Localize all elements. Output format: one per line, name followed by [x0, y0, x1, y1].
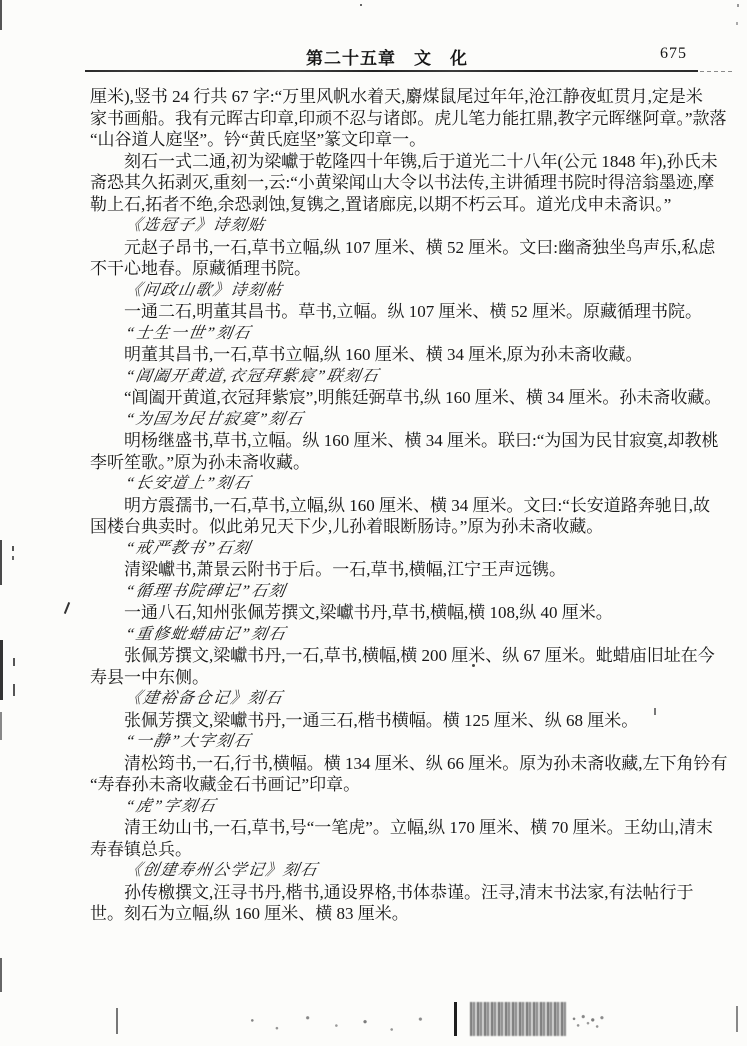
- scan-artifact: [0, 640, 3, 700]
- entry-heading: “长安道上”刻石: [90, 473, 699, 495]
- text-line: 厘米),竖书 24 行共 67 字:“万里风帆水着天,麝煤鼠尾过年年,沧江静夜虹…: [90, 86, 696, 108]
- text-line: 斋恐其久拓剥灭,重刻一,云:“小黄梁闻山大令以书法传,主讲循理书院时得涪翁墨迹,…: [90, 172, 696, 194]
- scan-artifact: [736, 22, 738, 25]
- scan-artifact: [472, 664, 475, 667]
- scan-artifact: [13, 684, 15, 696]
- scan-artifact: [360, 4, 362, 6]
- scan-artifact: [0, 958, 2, 992]
- text-line: 一通八石,知州张佩芳撰文,梁巘书丹,草书,横幅,横 108,纵 40 厘米。: [90, 602, 696, 624]
- entry-heading: 《选冠子》诗刻贴: [90, 215, 699, 237]
- text-line: 世。刻石为立幅,纵 160 厘米、横 83 厘米。: [90, 903, 696, 925]
- text-line: 元赵子昂书,一石,草书立幅,纵 107 厘米、横 52 厘米。文曰:幽斋独坐鸟声…: [90, 237, 696, 259]
- entry-heading: “为国为民甘寂寞”刻石: [90, 409, 699, 431]
- scan-artifact: [0, 540, 2, 585]
- scan-noise-blob: [470, 1002, 566, 1036]
- entry-heading: 《问政山歌》诗刻帖: [90, 280, 699, 302]
- scan-artifact: [737, 4, 739, 7]
- scan-artifact: [64, 602, 70, 614]
- page-number: 675: [660, 45, 687, 63]
- entry-heading: “一静”大字刻石: [90, 731, 699, 753]
- text-line: 孙传檄撰文,汪寻书丹,楷书,通设界格,书体恭谨。汪寻,清末书法家,有法帖行于: [90, 882, 696, 904]
- text-line: 勒上石,拓者不绝,余恐剥蚀,复镌之,置诸廊庑,以期不朽云耳。道光戊申未斋识。”: [90, 194, 696, 216]
- scan-noise-speckles: [572, 1010, 606, 1032]
- scan-artifact: [654, 708, 656, 715]
- page-body-text: 厘米),竖书 24 行共 67 字:“万里风帆水着天,麝煤鼠尾过年年,沧江静夜虹…: [90, 86, 696, 925]
- text-line: 寿春镇总兵。: [90, 839, 696, 861]
- entry-heading: “重修蚍蜡庙记”刻石: [90, 624, 699, 646]
- header-rule-tail: [700, 71, 734, 72]
- text-line: 一通二石,明董其昌书。草书,立幅。纵 107 厘米、横 52 厘米。原藏循理书院…: [90, 301, 696, 323]
- entry-heading: 《建裕备仓记》刻石: [90, 688, 699, 710]
- scan-artifact: [0, 0, 2, 30]
- text-line: 张佩芳撰文,梁巘书丹,一石,草书,横幅,横 200 厘米、纵 67 厘米。蚍蜡庙…: [90, 645, 696, 667]
- text-line: 刻石一式二通,初为梁巘于乾隆四十年镌,后于道光二十八年(公元 1848 年),孙…: [90, 151, 696, 173]
- text-line: 不干心地春。原藏循理书院。: [90, 258, 696, 280]
- scan-artifact: [12, 546, 14, 551]
- text-line: 明方震孺书,一石,草书,立幅,纵 160 厘米、横 34 厘米。文曰:“长安道路…: [90, 495, 696, 517]
- chapter-title: 第二十五章 文 化: [306, 44, 468, 69]
- text-line: 清王幼山书,一石,草书,号“一笔虎”。立幅,纵 170 厘米、横 70 厘米。王…: [90, 817, 696, 839]
- scan-artifact: [12, 556, 14, 560]
- scan-artifact: [736, 1006, 738, 1032]
- text-line: “寿春孙未斋收藏金石书画记”印章。: [90, 774, 696, 796]
- entry-heading: “戒严教书”石刻: [90, 538, 699, 560]
- text-line: 张佩芳撰文,梁巘书丹,一通三石,楷书横幅。横 125 厘米、纵 68 厘米。: [90, 710, 696, 732]
- header-rule: [85, 70, 698, 72]
- text-line: 清松筠书,一石,行书,横幅。横 134 厘米、纵 66 厘米。原为孙未斋收藏,左…: [90, 753, 696, 775]
- entry-heading: “虎”字刻石: [90, 796, 699, 818]
- scan-noise-speckles: [240, 1010, 445, 1036]
- text-line: “山谷道人庭坚”。钤“黄氏庭坚”篆文印章一。: [90, 129, 696, 151]
- scan-artifact: [116, 1008, 118, 1034]
- entry-heading: “循理书院碑记”石刻: [90, 581, 699, 603]
- entry-heading: “阊阖开黄道,衣冠拜紫宸”联刻石: [90, 366, 699, 388]
- text-line: 家书画船。我有元晖古印章,印顽不忍与诸郎。虎儿笔力能扛鼎,教字元晖继阿章。”款落: [90, 108, 696, 130]
- scan-artifact: [0, 712, 2, 740]
- scan-artifact: [454, 1002, 457, 1036]
- text-line: 清梁巘书,萧景云附书于后。一石,草书,横幅,江宁王声远镌。: [90, 559, 696, 581]
- scan-artifact: [13, 658, 15, 666]
- scanned-book-page: 第二十五章 文 化 675 厘米),竖书 24 行共 67 字:“万里风帆水着天…: [0, 0, 747, 1046]
- text-line: 李听笙歌。”原为孙未斋收藏。: [90, 452, 696, 474]
- entry-heading: “士生一世”刻石: [90, 323, 699, 345]
- entry-heading: 《创建寿州公学记》刻石: [90, 860, 699, 882]
- text-line: 明董其昌书,一石,草书立幅,纵 160 厘米、横 34 厘米,原为孙未斋收藏。: [90, 344, 696, 366]
- text-line: 寿县一中东侧。: [90, 667, 696, 689]
- text-line: 明杨继盛书,草书,立幅。纵 160 厘米、横 34 厘米。联曰:“为国为民甘寂寞…: [90, 430, 696, 452]
- text-line: “阊阖开黄道,衣冠拜紫宸”,明熊廷弼草书,纵 160 厘米、横 34 厘米。孙未…: [90, 387, 696, 409]
- text-line: 国楼台典卖时。似此弟兄天下少,儿孙着眼断肠诗。”原为孙未斋收藏。: [90, 516, 696, 538]
